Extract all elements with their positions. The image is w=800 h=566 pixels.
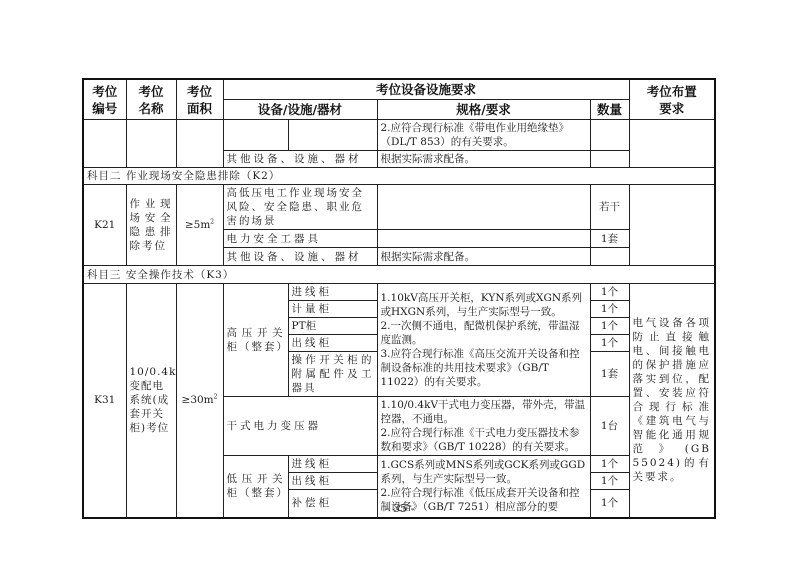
equipment-cell: 其他设备、设施、器材 [223, 151, 377, 168]
header-station-area: 考位面积 [176, 79, 223, 120]
layout-requirement: 电气设备各项防止直接触电、间接触电的保护措施应落实到位，配置、安装应符合现行标准… [629, 284, 715, 518]
spec-cell: 根据实际需求配备。 [377, 151, 590, 168]
equipment-cell: 其他设备、设施、器材 [223, 248, 377, 266]
transformer-label: 干式电力变压器 [223, 397, 377, 456]
section-title: 科目二 作业现场安全隐患排除（K2） [83, 168, 715, 185]
hv-item: 计量柜 [288, 301, 377, 318]
exam-station-requirements-table: 考位编号 考位名称 考位面积 考位设备设施要求 考位布置要求 设备/设施/器材 … [82, 78, 716, 519]
table-row: 2.应符合现行标准《带电作业用绝缘垫》（DL/T 853）的有关要求。 [83, 120, 715, 151]
spec-cell [377, 230, 590, 248]
station-name: 10/0.4kV变配电系统(成套开关柜)考位 [126, 284, 176, 518]
header-station-name: 考位名称 [126, 79, 176, 120]
header-equipment: 设备/设施/器材 [223, 100, 377, 120]
page-number: - 35 - [0, 502, 800, 515]
header-equipment-requirements: 考位设备设施要求 [223, 79, 629, 100]
header-spec: 规格/要求 [377, 100, 590, 120]
qty-cell: 1个 [590, 318, 629, 335]
qty-cell: 1个 [590, 456, 629, 473]
qty-cell: 若干 [590, 185, 629, 230]
qty-cell: 1套 [590, 230, 629, 248]
header-station-id: 考位编号 [83, 79, 126, 120]
station-name: 作业现场安全隐患排除考位 [126, 185, 176, 266]
document-page: 考位编号 考位名称 考位面积 考位设备设施要求 考位布置要求 设备/设施/器材 … [0, 0, 800, 566]
equipment-cell: 电力安全工器具 [223, 230, 377, 248]
lv-item: 出线柜 [288, 473, 377, 490]
hv-switchgear-group: 高压开关柜（整套） [223, 284, 288, 397]
header-row-1: 考位编号 考位名称 考位面积 考位设备设施要求 考位布置要求 [83, 79, 715, 100]
hv-item: PT柜 [288, 318, 377, 335]
qty-cell: 1套 [590, 352, 629, 397]
hv-item: 操作开关柜的附属配件及工器具 [288, 352, 377, 397]
equipment-cell: 高低压电工作业现场安全风险、安全隐患、职业危害的场景 [223, 185, 377, 230]
qty-cell: 1个 [590, 335, 629, 352]
layout-cell [629, 185, 715, 266]
lv-item: 进线柜 [288, 456, 377, 473]
hv-item: 出线柜 [288, 335, 377, 352]
section-row-k3: 科目三 安全操作技术（K3） [83, 266, 715, 284]
hv-item: 进线柜 [288, 284, 377, 301]
qty-cell [590, 248, 629, 266]
header-layout-requirements: 考位布置要求 [629, 79, 715, 120]
hv-spec: 1.10kV高压开关柜，KYN系列或XGN系列或HXGN系列，与生产实际型号一致… [377, 284, 590, 397]
spec-cell: 2.应符合现行标准《带电作业用绝缘垫》（DL/T 853）的有关要求。 [377, 120, 590, 151]
qty-cell: 1个 [590, 284, 629, 301]
table-row: K21 作业现场安全隐患排除考位 ≥5m2 高低压电工作业现场安全风险、安全隐患… [83, 185, 715, 230]
qty-cell: 1个 [590, 473, 629, 490]
station-id: K31 [83, 284, 126, 518]
table-row: K31 10/0.4kV变配电系统(成套开关柜)考位 ≥30m2 高压开关柜（整… [83, 284, 715, 301]
station-area: ≥5m2 [176, 185, 223, 266]
station-area: ≥30m2 [176, 284, 223, 518]
section-row-k2: 科目二 作业现场安全隐患排除（K2） [83, 168, 715, 185]
qty-cell: 1个 [590, 301, 629, 318]
transformer-spec: 1.10/0.4kV干式电力变压器，带外壳，带温控器，不通电。 2.应符合现行标… [377, 397, 590, 456]
qty-cell: 1台 [590, 397, 629, 456]
spec-cell: 根据实际需求配备。 [377, 248, 590, 266]
section-title: 科目三 安全操作技术（K3） [83, 266, 715, 284]
spec-cell [377, 185, 590, 230]
station-id: K21 [83, 185, 126, 266]
header-quantity: 数量 [590, 100, 629, 120]
